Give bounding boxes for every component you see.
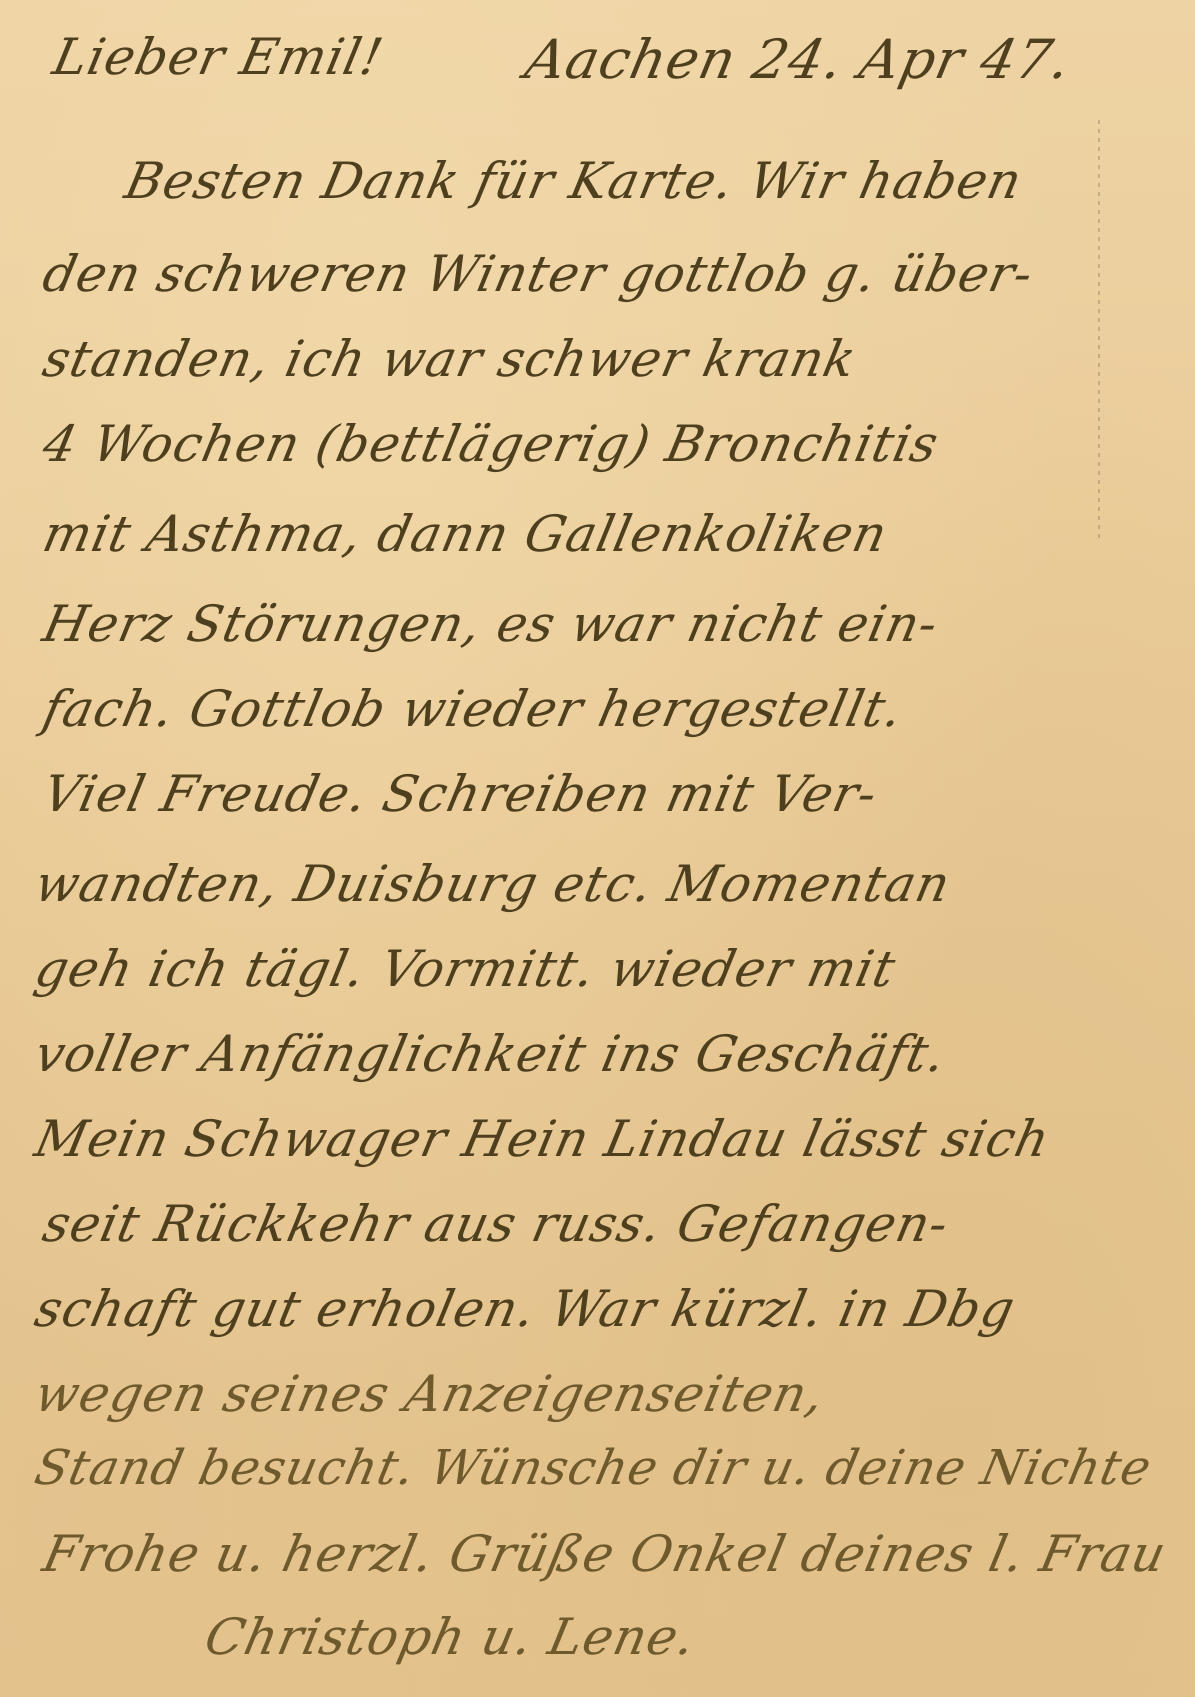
paper-fold-mark	[1098, 120, 1100, 540]
letter-line-6: Herz Störungen, es war nicht ein-	[38, 595, 944, 653]
letter-line-11: voller Anfänglichkeit ins Geschäft.	[30, 1025, 951, 1083]
letter-line-16: Stand besucht. Wünsche dir u. deine Nich…	[30, 1440, 1157, 1496]
letter-line-15: wegen seines Anzeigenseiten,	[30, 1365, 830, 1423]
signature: Christoph u. Lene.	[200, 1608, 701, 1666]
letter-line-12: Mein Schwager Hein Lindau lässt sich	[30, 1110, 1055, 1168]
letter-line-8: Viel Freude. Schreiben mit Ver-	[38, 765, 883, 823]
letter-line-3: standen, ich war schwer krank	[38, 330, 862, 388]
letter-line-14: schaft gut erholen. War kürzl. in Dbg	[30, 1280, 1020, 1338]
letter-page: Lieber Emil! Aachen 24. Apr 47. Besten D…	[0, 0, 1195, 1697]
letter-line-4: 4 Wochen (bettlägerig) Bronchitis	[38, 415, 944, 473]
letter-line-1: Besten Dank für Karte. Wir haben	[120, 152, 1028, 210]
salutation: Lieber Emil!	[48, 28, 389, 86]
letter-line-17: Frohe u. herzl. Grüße Onkel deines l. Fr…	[38, 1525, 1172, 1583]
letter-line-10: geh ich tägl. Vormitt. wieder mit	[30, 940, 901, 998]
place-date: Aachen 24. Apr 47.	[520, 28, 1077, 91]
letter-line-2: den schweren Winter gottlob g. über-	[38, 245, 1039, 303]
letter-line-7: fach. Gottlob wieder hergestellt.	[38, 680, 908, 738]
letter-line-5: mit Asthma, dann Gallenkoliken	[38, 505, 893, 563]
letter-line-13: seit Rückkehr aus russ. Gefangen-	[38, 1195, 954, 1253]
letter-line-9: wandten, Duisburg etc. Momentan	[30, 855, 956, 913]
